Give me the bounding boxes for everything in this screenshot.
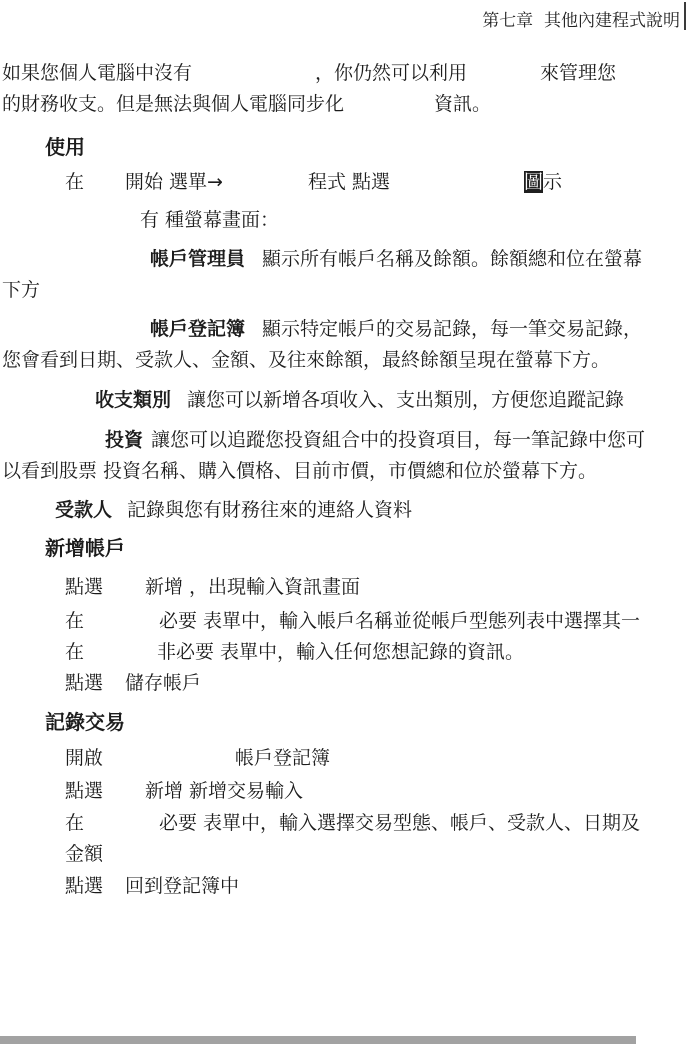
screen-desc-account-register: 顯示特定帳戶的交易記錄，每一筆交易記錄，	[262, 319, 642, 341]
add-account-step3-verb: 在	[65, 642, 84, 664]
screen-desc-account-manager: 顯示所有帳戶名稱及餘額。餘額總和位在螢幕	[262, 249, 642, 271]
intro-line1-mid: ，你仍然可以利用	[315, 63, 467, 85]
record-step1-rest: 帳戶登記簿	[235, 748, 330, 770]
intro-line2-end: 資訊。	[434, 94, 491, 116]
record-step3-verb: 在	[65, 813, 84, 835]
screen-desc-categories: 讓您可以新增各項收入、支出類別，方便您追蹤記錄	[187, 390, 624, 412]
record-step3-cont: 金額	[65, 844, 103, 866]
screen-term-account-register: 帳戶登記簿	[150, 319, 245, 341]
record-step2-rest: 新增 新增交易輸入	[145, 781, 303, 803]
record-step1-verb: 開啟	[65, 748, 103, 770]
usage-step-programs: 程式 點選	[308, 172, 390, 194]
add-account-step4-rest: 儲存帳戶	[125, 673, 201, 695]
record-step4-rest: 回到登記簿中	[125, 876, 239, 898]
usage-step-start-menu: 開始 選單→	[125, 172, 223, 194]
intro-line1-start: 如果您個人電腦中沒有	[2, 63, 192, 85]
screen-desc2-investment: 以看到股票 投資名稱、購入價格、目前市價，市價總和位於螢幕下方。	[2, 461, 597, 483]
screen-term-payee: 受款人	[55, 500, 112, 522]
chapter-header: 第七章 其他內建程式說明	[482, 6, 680, 31]
intro-line2-start: 的財務收支。但是無法與個人電腦同步化	[2, 94, 344, 116]
intro-line1-end: 來管理您	[540, 63, 616, 85]
usage-step-icon-label: 圖示	[524, 172, 562, 194]
record-step4-verb: 點選	[65, 876, 103, 898]
usage-screens-line: 有 種螢幕畫面：	[140, 210, 279, 232]
screen-desc-payee: 記錄與您有財務往來的連絡人資料	[127, 500, 412, 522]
screen-desc-investment: 讓您可以追蹤您投資組合中的投資項目，每一筆記錄中您可	[151, 430, 645, 452]
record-step2-verb: 點選	[65, 781, 103, 803]
add-account-step4-verb: 點選	[65, 673, 103, 695]
record-step3-rest: 必要 表單中，輸入選擇交易型態、帳戶、受款人、日期及	[159, 813, 640, 835]
add-account-step2-rest: 必要 表單中，輸入帳戶名稱並從帳戶型態列表中選擇其一	[159, 611, 640, 633]
manual-page: 第七章 其他內建程式說明 如果您個人電腦中沒有 ，你仍然可以利用 來管理您 的財…	[0, 0, 688, 1045]
add-account-step2-verb: 在	[65, 611, 84, 633]
add-account-step1-rest: 新增 ，出現輸入資訊畫面	[145, 577, 360, 599]
usage-step-in: 在	[65, 172, 84, 194]
add-account-step1-verb: 點選	[65, 577, 103, 599]
screen-term-categories: 收支類別	[95, 390, 171, 412]
add-account-step3-rest: 非必要 表單中，輸入任何您想記錄的資訊。	[157, 642, 524, 664]
screen-term-investment: 投資	[105, 430, 143, 452]
screen-term-account-manager: 帳戶管理員	[150, 249, 245, 271]
footer-bar	[0, 1036, 636, 1044]
usage-heading: 使用	[45, 136, 85, 159]
add-account-heading: 新增帳戶	[45, 537, 125, 560]
header-right-rule	[684, 2, 686, 30]
screen-desc2-account-register: 您會看到日期、受款人、金額、及往來餘額，最終餘額呈現在螢幕下方。	[2, 350, 610, 372]
record-transaction-heading: 記錄交易	[45, 711, 125, 734]
screen-desc2-account-manager: 下方	[2, 280, 40, 302]
